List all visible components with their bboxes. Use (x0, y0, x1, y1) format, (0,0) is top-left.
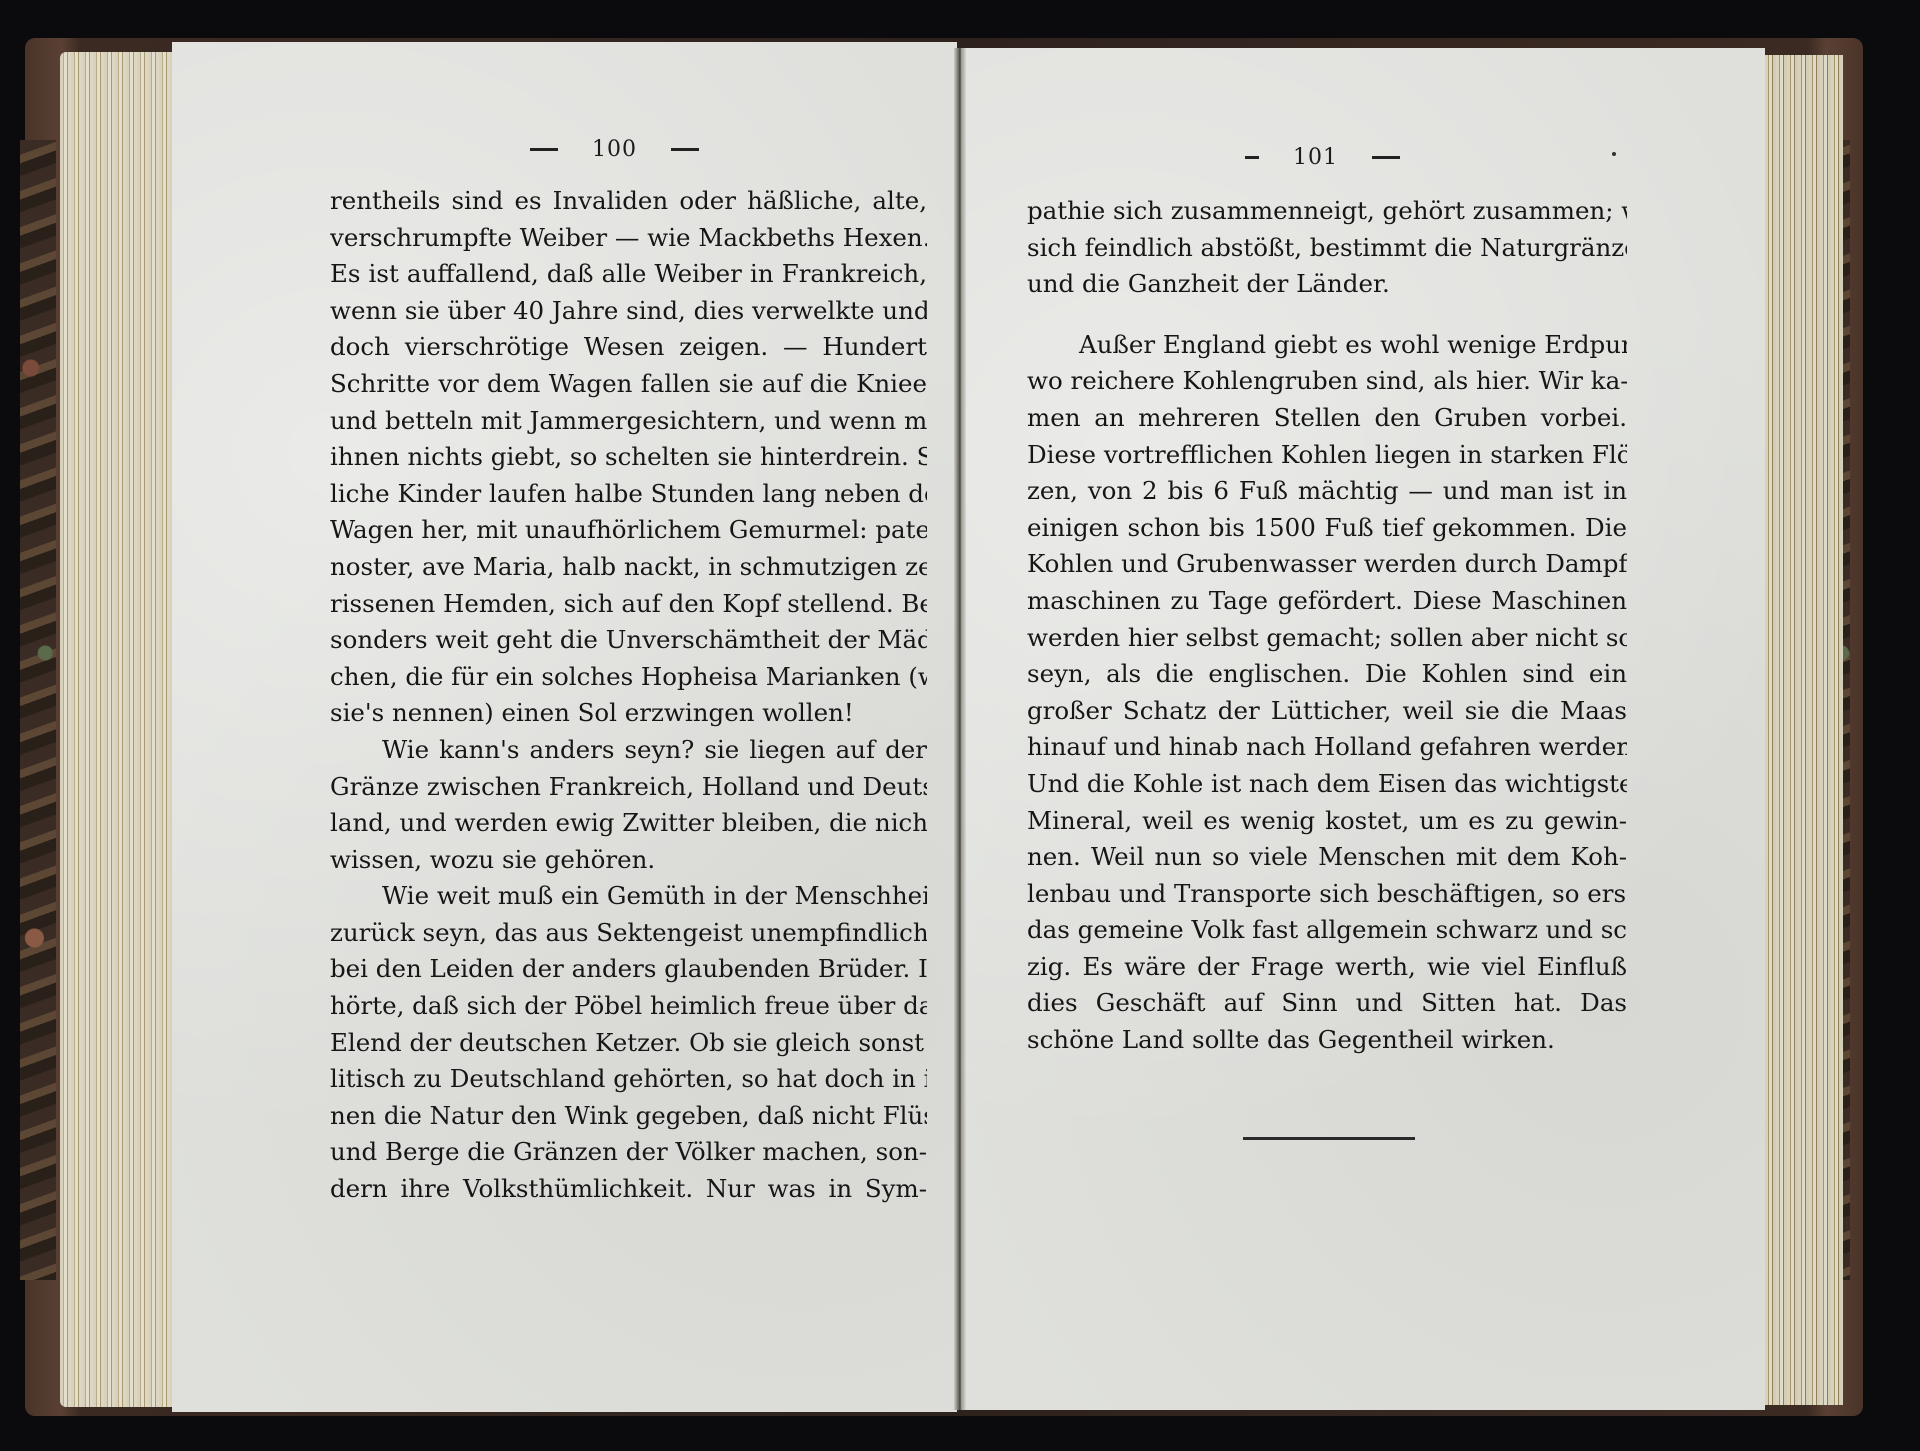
text-line: bei den Leiden der anders glaubenden Brü… (330, 951, 927, 988)
text-line: rissenen Hemden, sich auf den Kopf stell… (330, 586, 927, 623)
text-line: nen. Weil nun so viele Menschen mit dem … (1027, 839, 1627, 876)
text-line: das gemeine Volk fast allgemein schwarz … (1027, 912, 1627, 949)
text-line: einigen schon bis 1500 Fuß tief gekommen… (1027, 510, 1627, 547)
text-line: litisch zu Deutschland gehörten, so hat … (330, 1061, 927, 1098)
paragraph-gap (1027, 303, 1627, 327)
text-line: land, und werden ewig Zwitter bleiben, d… (330, 805, 927, 842)
text-line: nen die Natur den Wink gegeben, daß nich… (330, 1098, 927, 1135)
text-line: Und die Kohle ist nach dem Eisen das wic… (1027, 766, 1627, 803)
text-line: Diese vortrefflichen Kohlen liegen in st… (1027, 437, 1627, 474)
page-number-right: 101 (1245, 145, 1400, 170)
text-line: ihnen nichts giebt, so schelten sie hint… (330, 439, 927, 476)
text-line: doch vierschrötige Wesen zeigen. — Hunde… (330, 329, 927, 366)
text-line: wo reichere Kohlengruben sind, als hier.… (1027, 363, 1627, 400)
text-line: Schritte vor dem Wagen fallen sie auf di… (330, 366, 927, 403)
page-number-text: 100 (592, 137, 637, 162)
text-line: zurück seyn, das aus Sektengeist unempfi… (330, 915, 927, 952)
text-line: pathie sich zusammenneigt, gehört zusamm… (1027, 193, 1627, 230)
text-line: maschinen zu Tage gefördert. Diese Masch… (1027, 583, 1627, 620)
text-line: Es ist auffallend, daß alle Weiber in Fr… (330, 256, 927, 293)
text-line: sie's nennen) einen Sol erzwingen wollen… (330, 695, 927, 732)
text-line: Wagen her, mit unaufhörlichem Gemurmel: … (330, 512, 927, 549)
text-line: verschrumpfte Weiber — wie Mackbeths Hex… (330, 220, 927, 257)
text-line: zig. Es wäre der Frage werth, wie viel E… (1027, 949, 1627, 986)
text-line: zen, von 2 bis 6 Fuß mächtig — und man i… (1027, 473, 1627, 510)
text-line: hinauf und hinab nach Holland gefahren w… (1027, 729, 1627, 766)
text-line: dies Geschäft auf Sinn und Sitten hat. D… (1027, 985, 1627, 1022)
text-line: seyn, als die englischen. Die Kohlen sin… (1027, 656, 1627, 693)
text-line: Wie weit muß ein Gemüth in der Menschhei… (330, 878, 927, 915)
ink-speck (1612, 152, 1616, 156)
text-line: Gränze zwischen Frankreich, Holland und … (330, 769, 927, 806)
section-end-rule (1243, 1137, 1415, 1140)
text-line: sonders weit geht die Unverschämtheit de… (330, 622, 927, 659)
text-line: Kohlen und Grubenwasser werden durch Dam… (1027, 546, 1627, 583)
text-line: dern ihre Volksthümlichkeit. Nur was in … (330, 1171, 927, 1208)
page-number-text: 101 (1293, 145, 1338, 170)
text-line: rentheils sind es Invaliden oder häßlich… (330, 183, 927, 220)
text-line: lenbau und Transporte sich beschäftigen,… (1027, 876, 1627, 913)
text-line: wenn sie über 40 Jahre sind, dies verwel… (330, 293, 927, 330)
right-page-text: pathie sich zusammenneigt, gehört zusamm… (1027, 193, 1627, 1059)
text-line: chen, die für ein solches Hopheisa Maria… (330, 659, 927, 696)
text-line: Elend der deutschen Ketzer. Ob sie gleic… (330, 1025, 927, 1062)
text-line: großer Schatz der Lütticher, weil sie di… (1027, 693, 1627, 730)
marbled-cover-left (20, 140, 56, 1280)
page-edges-right (1765, 55, 1843, 1405)
text-line: noster, ave Maria, halb nackt, in schmut… (330, 549, 927, 586)
book-gutter (954, 48, 966, 1410)
text-line: werden hier selbst gemacht; sollen aber … (1027, 620, 1627, 657)
text-line: men an mehreren Stellen den Gruben vorbe… (1027, 400, 1627, 437)
folio-dash (671, 148, 699, 151)
text-line: Wie kann's anders seyn? sie liegen auf d… (330, 732, 927, 769)
text-line: und die Ganzheit der Länder. (1027, 266, 1627, 303)
text-line: hörte, daß sich der Pöbel heimlich freue… (330, 988, 927, 1025)
text-line: Außer England giebt es wohl wenige Erdpu… (1027, 327, 1627, 364)
text-line: wissen, wozu sie gehören. (330, 842, 927, 879)
text-line: und betteln mit Jammergesichtern, und we… (330, 403, 927, 440)
text-line: und Berge die Gränzen der Völker machen,… (330, 1134, 927, 1171)
text-line: Mineral, weil es wenig kostet, um es zu … (1027, 803, 1627, 840)
left-page-text: rentheils sind es Invaliden oder häßlich… (330, 183, 927, 1208)
page-edges-left (60, 52, 172, 1407)
folio-dash (1245, 156, 1259, 159)
text-line: sich feindlich abstößt, bestimmt die Nat… (1027, 230, 1627, 267)
page-number-left: 100 (530, 137, 699, 162)
text-line: liche Kinder laufen halbe Stunden lang n… (330, 476, 927, 513)
folio-dash (530, 148, 558, 151)
text-line: schöne Land sollte das Gegentheil wirken… (1027, 1022, 1627, 1059)
folio-dash (1372, 156, 1400, 159)
